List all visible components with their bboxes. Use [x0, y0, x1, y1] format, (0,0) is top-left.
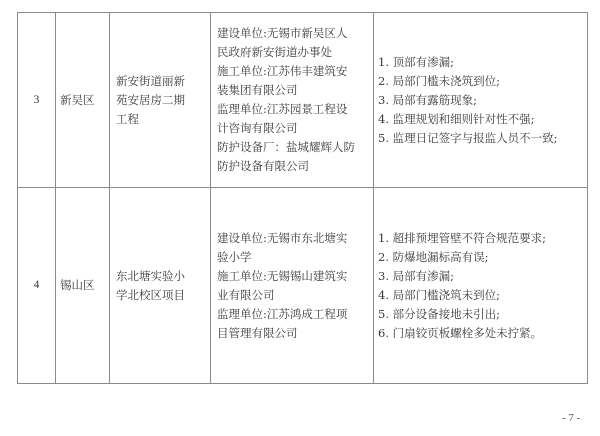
- project-line: 苑安居房二期: [116, 91, 206, 110]
- issue-line: 5. 监理日记签字与报监人员不一致;: [378, 129, 587, 148]
- unit-line: 防护设备有限公司: [217, 157, 369, 176]
- unit-line: 装集团有限公司: [217, 81, 369, 100]
- project-line: 工程: [116, 110, 206, 129]
- district-cell: 新吴区: [56, 13, 110, 188]
- issue-line: 5. 部分设备接地未引出;: [378, 305, 587, 324]
- units-cell: 建设单位:无锡市新吴区人 民政府新安街道办事处 施工单位:江苏伟丰建筑安 装集团…: [211, 13, 374, 188]
- project-line: 东北塘实验小: [116, 267, 206, 286]
- issue-line: 1. 顶部有渗漏;: [378, 53, 587, 72]
- project-cell: 新安街道丽新 苑安居房二期 工程: [110, 13, 211, 188]
- project-line: 新安街道丽新: [116, 72, 206, 91]
- unit-line: 施工单位:江苏伟丰建筑安: [217, 62, 369, 81]
- issue-line: 3. 局部有渗漏;: [378, 267, 587, 286]
- unit-line: 监理单位:江苏园景工程设: [217, 100, 369, 119]
- district-cell: 锡山区: [56, 188, 110, 384]
- unit-line: 监理单位:江苏鸿成工程项: [217, 305, 369, 324]
- issue-line: 4. 局部门槛浇筑未到位;: [378, 286, 587, 305]
- page-number: - 7 -: [562, 412, 580, 424]
- issue-line: 2. 局部门槛未浇筑到位;: [378, 72, 587, 91]
- issues-cell: 1. 顶部有渗漏; 2. 局部门槛未浇筑到位; 3. 局部有露筋现象; 4. 监…: [374, 13, 588, 188]
- issue-line: 4. 监理规划和细则针对性不强;: [378, 110, 587, 129]
- issues-cell: 1. 超排预埋管壁不符合规范要求; 2. 防爆地漏标高有误; 3. 局部有渗漏;…: [374, 188, 588, 384]
- row-number: 3: [18, 13, 56, 188]
- unit-line: 建设单位:无锡市新吴区人: [217, 24, 369, 43]
- inspection-table: 3 新吴区 新安街道丽新 苑安居房二期 工程 建设单位:无锡市新吴区人 民政府新…: [17, 12, 588, 384]
- unit-line: 防护设备厂：盐城耀辉人防: [217, 138, 369, 157]
- project-line: 学北校区项目: [116, 286, 206, 305]
- unit-line: 建设单位:无锡市东北塘实: [217, 229, 369, 248]
- issue-line: 2. 防爆地漏标高有误;: [378, 248, 587, 267]
- table-row: 3 新吴区 新安街道丽新 苑安居房二期 工程 建设单位:无锡市新吴区人 民政府新…: [18, 13, 588, 188]
- unit-line: 业有限公司: [217, 286, 369, 305]
- issue-line: 6. 门扇铰页板螺栓多处未拧紧。: [378, 324, 587, 343]
- unit-line: 目管理有限公司: [217, 324, 369, 343]
- table-row: 4 锡山区 东北塘实验小 学北校区项目 建设单位:无锡市东北塘实 验小学 施工单…: [18, 188, 588, 384]
- issue-line: 3. 局部有露筋现象;: [378, 91, 587, 110]
- row-number: 4: [18, 188, 56, 384]
- units-cell: 建设单位:无锡市东北塘实 验小学 施工单位:无锡锡山建筑实 业有限公司 监理单位…: [211, 188, 374, 384]
- unit-line: 施工单位:无锡锡山建筑实: [217, 267, 369, 286]
- unit-line: 民政府新安街道办事处: [217, 43, 369, 62]
- unit-line: 验小学: [217, 248, 369, 267]
- unit-line: 计咨询有限公司: [217, 119, 369, 138]
- project-cell: 东北塘实验小 学北校区项目: [110, 188, 211, 384]
- issue-line: 1. 超排预埋管壁不符合规范要求;: [378, 229, 587, 248]
